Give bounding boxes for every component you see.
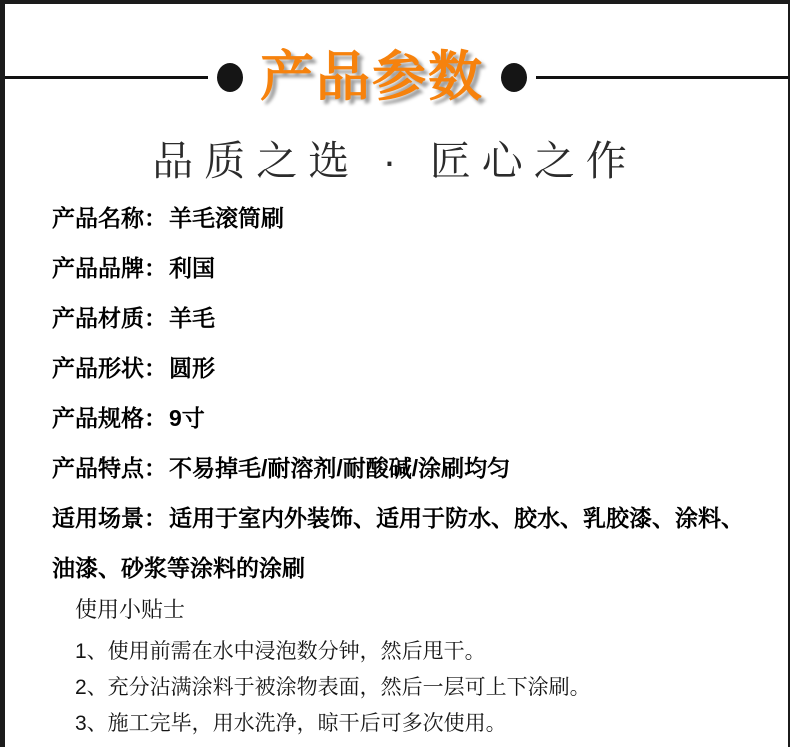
param-value: 利国 xyxy=(169,255,215,281)
param-value: 羊毛滚筒刷 xyxy=(169,205,284,231)
param-value: 羊毛 xyxy=(169,305,215,331)
param-row-material: 产品材质：羊毛 xyxy=(52,293,748,343)
param-label: 适用场景： xyxy=(52,505,167,531)
page-subtitle: 品质之选 · 匠心之作 xyxy=(0,134,790,189)
param-label: 产品名称： xyxy=(52,205,167,231)
param-value: 圆形 xyxy=(169,355,215,381)
title-dot-right-icon xyxy=(501,63,527,92)
left-border-bar xyxy=(0,0,5,747)
param-row-size: 产品规格：9寸 xyxy=(52,393,748,443)
product-parameters-poster: 产品参数 品质之选 · 匠心之作 产品名称：羊毛滚筒刷 产品品牌：利国 产品材质… xyxy=(0,0,790,747)
param-label: 产品特点： xyxy=(52,455,167,481)
param-row-brand: 产品品牌：利国 xyxy=(52,243,748,293)
title-rule-left xyxy=(0,76,208,79)
page-title: 产品参数 xyxy=(260,50,484,104)
param-row-shape: 产品形状：圆形 xyxy=(52,343,748,393)
parameter-list: 产品名称：羊毛滚筒刷 产品品牌：利国 产品材质：羊毛 产品形状：圆形 产品规格：… xyxy=(52,193,748,593)
param-label: 产品品牌： xyxy=(52,255,167,281)
param-label: 产品材质： xyxy=(52,305,167,331)
param-row-scenarios: 适用场景：适用于室内外装饰、适用于防水、胶水、乳胶漆、涂料、油漆、砂浆等涂料的涂… xyxy=(52,493,748,593)
param-label: 产品形状： xyxy=(52,355,167,381)
top-border-bar xyxy=(0,0,790,4)
param-value: 9寸 xyxy=(169,405,205,431)
usage-tips: 使用小贴士 1、使用前需在水中浸泡数分钟，然后甩干。 2、充分沾满涂料于被涂物表… xyxy=(75,595,760,742)
param-row-name: 产品名称：羊毛滚筒刷 xyxy=(52,193,748,243)
title-dot-left-icon xyxy=(217,63,243,92)
param-row-features: 产品特点：不易掉毛/耐溶剂/耐酸碱/涂刷均匀 xyxy=(52,443,748,493)
tip-item-2: 2、充分沾满涂料于被涂物表面，然后一层可上下涂刷。 xyxy=(75,670,760,706)
tip-item-3: 3、施工完毕，用水洗净，晾干后可多次使用。 xyxy=(75,706,760,742)
title-band: 产品参数 xyxy=(0,42,790,112)
param-value: 不易掉毛/耐溶剂/耐酸碱/涂刷均匀 xyxy=(169,455,510,481)
usage-tips-heading: 使用小贴士 xyxy=(75,595,760,624)
param-label: 产品规格： xyxy=(52,405,167,431)
title-rule-right xyxy=(536,76,790,79)
tip-item-1: 1、使用前需在水中浸泡数分钟，然后甩干。 xyxy=(75,634,760,670)
